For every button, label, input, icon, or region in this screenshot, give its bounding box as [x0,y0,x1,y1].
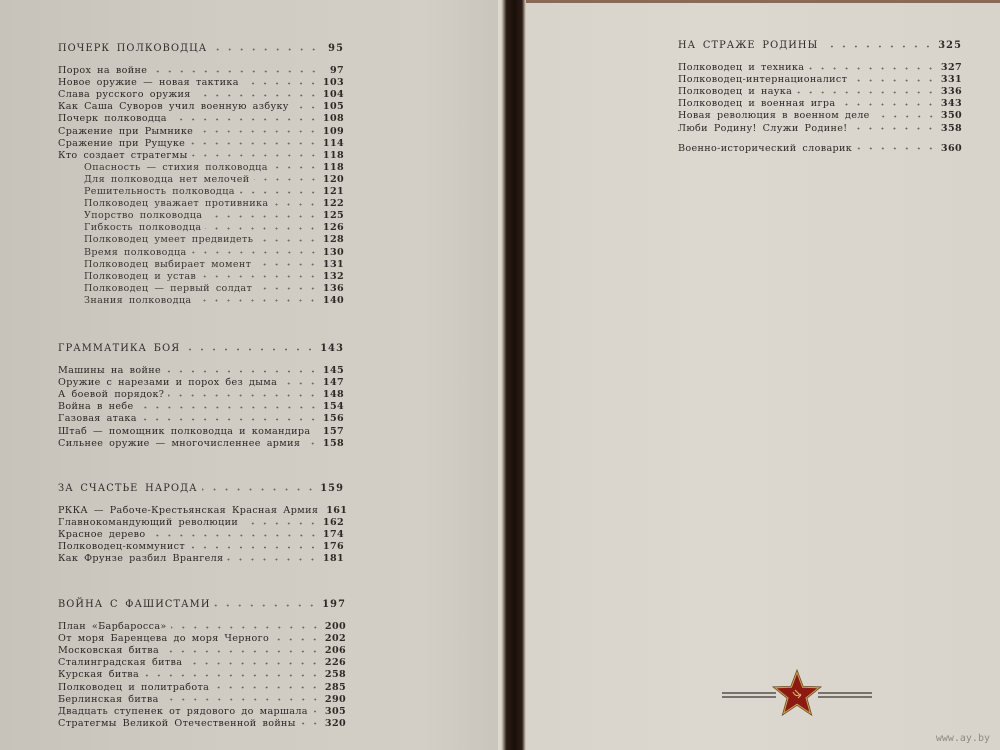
page-number: 200 [325,621,346,633]
page-number: 136 [323,283,344,295]
toc-entry: Время полководца130 [58,247,344,259]
toc-entry: От моря Баренцева до моря Черного202 [58,633,346,645]
dot-leader [151,70,320,73]
entry-title: ЗА СЧАСТЬЕ НАРОДА [58,483,198,495]
toc-entry: Война в небе154 [58,401,344,413]
entry-title: Новое оружие — новая тактика [58,77,239,89]
page-number: 122 [323,198,344,210]
page-number: 161 [326,505,347,517]
page-number: 126 [323,222,344,234]
entry-title: Новая революция в военном деле [678,110,870,122]
entry-title: Оружие с нарезами и порох без дыма [58,377,277,389]
toc-entry: Как Саша Суворов учил военную азбуку105 [58,101,344,113]
page-number: 118 [323,150,344,162]
dot-leader [195,94,319,97]
entry-title: Кто создает стратегмы [58,150,188,162]
page-number: 258 [325,669,346,681]
dot-leader [808,67,937,70]
dot-leader [206,215,319,218]
toc-section: ЗА СЧАСТЬЕ НАРОДА159РККА — Рабоче-Кресть… [58,483,344,566]
entry-title: Полководец-коммунист [58,541,185,553]
toc-entry: Полководец-интернационалист331 [678,74,962,86]
entry-title: ГРАММАТИКА БОЯ [58,343,180,355]
entry-title: Как Фрунзе разбил Врангеля [58,553,223,565]
toc-entry: Полководец — первый солдат136 [58,283,344,295]
page-number: 147 [323,377,344,389]
red-star-emblem [718,664,894,724]
dot-leader [314,430,319,433]
section-heading-title: НА СТРАЖЕ РОДИНЫ [678,40,818,52]
entry-title: Полководец и устав [84,271,196,283]
page-number: 104 [323,89,344,101]
page-number: 156 [323,413,344,425]
page-number: 105 [323,101,344,113]
entry-title: От моря Баренцева до моря Черного [58,633,269,645]
entry-title: Сражение при Рымнике [58,126,193,138]
entry-title: Полководец-интернационалист [678,74,847,86]
toc-entry: Сильнее оружие — многочисленнее армия158 [58,438,344,450]
entry-title: Берлинская битва [58,694,159,706]
toc-entry: Красное дерево174 [58,529,344,541]
entry-title: Сражение при Рущуке [58,138,185,150]
page-number: 145 [323,365,344,377]
page-number: 131 [323,259,344,271]
page-number: 305 [325,706,346,718]
dot-leader [256,287,319,290]
page-number: 206 [325,645,346,657]
toc-entry: Московская битва206 [58,645,346,657]
toc-entry: Стратегмы Великой Отечественной войны320 [58,718,346,730]
dot-leader [197,130,319,133]
page-number: 143 [320,343,344,355]
page-number: 336 [941,86,962,98]
toc-entry: Полководец и техника327 [678,62,962,74]
dot-leader [254,178,319,181]
page-number: 325 [938,40,962,52]
entry-title: ВОЙНА С ФАШИСТАМИ [58,599,210,611]
watermark: www.ay.by [936,733,990,744]
dot-leader [272,166,319,169]
dot-leader [195,299,318,302]
page-number: 343 [941,98,962,110]
toc-entry: Штаб — помощник полководца и командира15… [58,426,344,438]
entry-title: Слава русского оружия [58,89,191,101]
toc-entry: Как Фрунзе разбил Врангеля181 [58,553,344,565]
entry-title: Для полководца нет мелочей [84,174,250,186]
toc-entry: Почерк полководца108 [58,113,344,125]
entry-title: РККА — Рабоче-Крестьянская Красная Армия [58,505,318,517]
dot-leader [191,251,319,254]
page-number: 97 [324,65,344,77]
toc-entry: Полководец умеет предвидеть128 [58,234,344,246]
book-spine [498,0,528,750]
page-number: 108 [323,113,344,125]
dot-leader [171,118,319,121]
dot-leader [211,48,320,51]
dot-leader [300,722,321,725]
toc-section-right: НА СТРАЖЕ РОДИНЫ 325 Полководец и техник… [678,40,962,155]
dot-leader [165,370,319,373]
page-number: 121 [323,186,344,198]
entry-title: Красное дерево [58,529,146,541]
dot-leader [168,394,319,397]
toc-entry: Полководец уважает противника122 [58,198,344,210]
dot-leader [839,103,936,106]
page-number: 176 [323,541,344,553]
toc-entry: Порох на войне97 [58,65,344,77]
page-number: 154 [323,401,344,413]
toc-entry: Новая революция в военном деле350 [678,110,962,122]
section-heading: ВОЙНА С ФАШИСТАМИ197 [58,599,346,611]
page-number: 130 [323,247,344,259]
page-number: 148 [323,389,344,401]
page-number: 157 [323,426,344,438]
page-number: 327 [941,62,962,74]
dot-leader [822,45,934,48]
dot-leader [202,488,317,491]
page-number: 132 [323,271,344,283]
toc-entry: Полководец и политработа285 [58,682,346,694]
entry-title: Люби Родину! Служи Родине! [678,123,847,135]
entry-title: Полководец и наука [678,86,792,98]
dot-leader [227,558,318,561]
dot-leader [851,79,937,82]
toc-entry: РККА — Рабоче-Крестьянская Красная Армия… [58,505,344,517]
dot-leader [242,522,319,525]
entry-title: Полководец выбирает момент [84,259,251,271]
page-number: 358 [941,123,962,135]
entry-title: Полководец — первый солдат [84,283,252,295]
entry-title: Время полководца [84,247,187,259]
page-number: 202 [325,633,346,645]
toc-section: ВОЙНА С ФАШИСТАМИ197План «Барбаросса»200… [58,599,346,730]
section-heading: ГРАММАТИКА БОЯ143 [58,343,344,355]
dot-leader [243,82,319,85]
entry-title: Полководец умеет предвидеть [84,234,253,246]
dot-leader [293,106,319,109]
dot-leader [304,442,319,445]
entry-title: Курская битва [58,669,139,681]
toc-section: ПОЧЕРК ПОЛКОВОДЦА95Порох на войне97Новое… [58,43,344,307]
dot-leader [205,227,319,230]
dot-leader [163,650,321,653]
toc-entry: А боевой порядок?148 [58,389,344,401]
dot-leader [851,127,936,130]
entry-title: Война в небе [58,401,134,413]
toc-entry: Полководец и устав132 [58,271,344,283]
entry-title: План «Барбаросса» [58,621,167,633]
entry-title: Машины на войне [58,365,161,377]
page-number: 320 [325,718,346,730]
toc-entry: Решительность полководца121 [58,186,344,198]
section-heading: ПОЧЕРК ПОЛКОВОДЦА95 [58,43,344,55]
entry-title: Стратегмы Великой Отечественной войны [58,718,296,730]
page-number: 290 [325,694,346,706]
toc-entry: Курская битва258 [58,669,346,681]
page-number: 95 [324,43,344,55]
toc-entry: Сражение при Рымнике109 [58,126,344,138]
toc-entry: Оружие с нарезами и порох без дыма147 [58,377,344,389]
dot-leader [273,638,321,641]
entry-title: Штаб — помощник полководца и командира [58,426,310,438]
toc-section: ГРАММАТИКА БОЯ143Машины на войне145Оружи… [58,343,344,450]
toc-entry: Газовая атака156 [58,413,344,425]
entry-title: Решительность полководца [84,186,235,198]
toc-entry: Гибкость полководца126 [58,222,344,234]
dot-leader [239,191,319,194]
dot-leader [255,263,319,266]
toc-entry: План «Барбаросса»200 [58,621,346,633]
dot-leader [312,710,321,713]
entry-title: Опасность — стихия полководца [84,162,268,174]
entry-title: ПОЧЕРК ПОЛКОВОДЦА [58,43,207,55]
toc-entry: Упорство полководца125 [58,210,344,222]
toc-entry: Опасность — стихия полководца118 [58,162,344,174]
page-number: 125 [323,210,344,222]
entry-title: А боевой порядок? [58,389,164,401]
entry-title: Главнокомандующий революции [58,517,238,529]
red-star-icon [773,670,821,715]
dot-leader [257,239,319,242]
toc-entry: Сражение при Рущуке114 [58,138,344,150]
entry-title: Как Саша Суворов учил военную азбуку [58,101,289,113]
page-number: 350 [941,110,962,122]
page-number: 103 [323,77,344,89]
page-number: 140 [323,295,344,307]
dot-leader [856,147,937,150]
dot-leader [796,91,937,94]
entry-title: Упорство полководца [84,210,202,222]
toc-entry: Двадцать ступенек от рядового до маршала… [58,706,346,718]
entry-title: Почерк полководца [58,113,167,125]
section-heading: НА СТРАЖЕ РОДИНЫ 325 [678,40,962,52]
page-number: 285 [325,682,346,694]
page-number: 158 [323,438,344,450]
dot-leader [213,686,321,689]
toc-entry: Полководец-коммунист176 [58,541,344,553]
dot-leader [192,154,319,157]
dot-leader [150,534,319,537]
page-number: 109 [323,126,344,138]
toc-entry-appendix: Военно-исторический словарик 360 [678,143,962,155]
entry-title: Полководец и техника [678,62,804,74]
dot-leader [874,115,937,118]
toc-entry: Новое оружие — новая тактика103 [58,77,344,89]
toc-entry: Сталинградская битва226 [58,657,346,669]
dot-leader [272,203,319,206]
page-number: 118 [323,162,344,174]
toc-entry: Для полководца нет мелочей120 [58,174,344,186]
entry-title: Знания полководца [84,295,191,307]
toc-entry: Берлинская битва290 [58,694,346,706]
entry-title: Полководец уважает противника [84,198,268,210]
entry-title: Московская битва [58,645,159,657]
dot-leader [143,674,321,677]
dot-leader [200,275,319,278]
dot-leader [171,626,321,629]
page-number: 174 [323,529,344,541]
entry-title: Газовая атака [58,413,137,425]
entry-title: Гибкость полководца [84,222,201,234]
toc-entry: Машины на войне145 [58,365,344,377]
dot-leader [163,698,321,701]
page-number: 159 [320,483,344,495]
dot-leader [214,604,318,607]
dot-leader [138,406,319,409]
page-number: 114 [323,138,344,150]
page-number: 360 [941,143,962,155]
page-number: 162 [323,517,344,529]
entry-title: Сталинградская битва [58,657,182,669]
dot-leader [189,142,319,145]
toc-entry: Главнокомандующий революции162 [58,517,344,529]
entry-title: Двадцать ступенек от рядового до маршала [58,706,308,718]
entry-title: Полководец и военная игра [678,98,835,110]
dot-leader [186,662,321,665]
toc-entry: Знания полководца140 [58,295,344,307]
page-number: 331 [941,74,962,86]
toc-entry: Люби Родину! Служи Родине!358 [678,123,962,135]
dot-leader [281,382,319,385]
toc-entry: Полководец и наука336 [678,86,962,98]
page-number: 197 [322,599,346,611]
page-number: 128 [323,234,344,246]
toc-entry: Полководец выбирает момент131 [58,259,344,271]
entry-title: Полководец и политработа [58,682,209,694]
page-number: 120 [323,174,344,186]
entry-title: Военно-исторический словарик [678,143,852,155]
dot-leader [141,418,319,421]
toc-entry: Слава русского оружия104 [58,89,344,101]
dot-leader [184,348,316,351]
entry-title: Сильнее оружие — многочисленнее армия [58,438,300,450]
entry-title: Порох на войне [58,65,147,77]
toc-entry: Полководец и военная игра343 [678,98,962,110]
page-number: 181 [323,553,344,565]
page-number: 226 [325,657,346,669]
section-heading: ЗА СЧАСТЬЕ НАРОДА159 [58,483,344,495]
dot-leader [189,546,319,549]
toc-entry: Кто создает стратегмы118 [58,150,344,162]
